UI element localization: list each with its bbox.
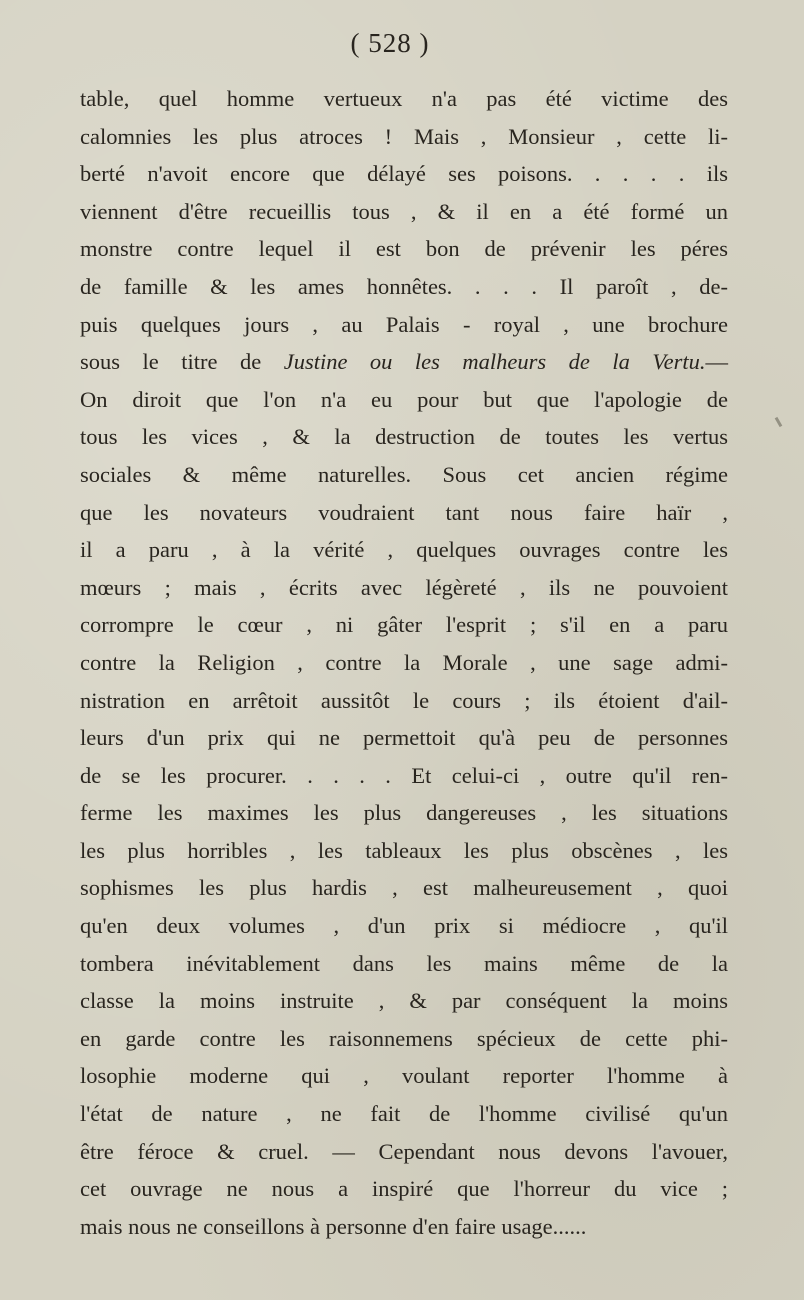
text-line: calomnies les plus atroces ! Mais , Mons… [80,118,728,156]
text-line: être féroce & cruel. — Cependant nous de… [80,1133,728,1171]
text-line: mœurs ; mais , écrits avec légèreté , il… [80,569,728,607]
text-line: qu'en deux volumes , d'un prix si médioc… [80,907,728,945]
text-line-final: mais nous ne conseillons à personne d'en… [80,1208,728,1246]
text-line: que les novateurs voudraient tant nous f… [80,494,728,532]
text-line: On diroit que l'on n'a eu pour but que l… [80,381,728,419]
book-title: Justine ou les malheurs de la Vertu. [284,349,706,374]
text-line: nistration en arrêtoit aussitôt le cours… [80,682,728,720]
text-line: table, quel homme vertueux n'a pas été v… [80,80,728,118]
text-line: l'état de nature , ne fait de l'homme ci… [80,1095,728,1133]
title-dash: — [706,349,729,374]
text-line-book-title: sous le titre de Justine ou les malheurs… [80,343,728,381]
text-line: tous les vices , & la destruction de tou… [80,418,728,456]
text-line: tombera inévitablement dans les mains mê… [80,945,728,983]
text-line: corrompre le cœur , ni gâter l'esprit ; … [80,606,728,644]
body-text: table, quel homme vertueux n'a pas été v… [80,80,728,1245]
paper-mark [775,417,783,427]
text-line: cet ouvrage ne nous a inspiré que l'horr… [80,1170,728,1208]
page-number: ( 528 ) [0,28,780,59]
text-line: en garde contre les raisonnemens spécieu… [80,1020,728,1058]
text-line: sociales & même naturelles. Sous cet anc… [80,456,728,494]
text-line: il a paru , à la vérité , quelques ouvra… [80,531,728,569]
text-line: ferme les maximes les plus dangereuses ,… [80,794,728,832]
text-line: viennent d'être recueillis tous , & il e… [80,193,728,231]
text-line: classe la moins instruite , & par conséq… [80,982,728,1020]
text-line: les plus horribles , les tableaux les pl… [80,832,728,870]
book-page: ( 528 ) table, quel homme vertueux n'a p… [0,0,804,1300]
text-line: berté n'avoit encore que délayé ses pois… [80,155,728,193]
text-line: losophie moderne qui , voulant reporter … [80,1057,728,1095]
text-line: monstre contre lequel il est bon de prév… [80,230,728,268]
text-line: contre la Religion , contre la Morale , … [80,644,728,682]
text-line: leurs d'un prix qui ne permettoit qu'à p… [80,719,728,757]
text-line: sophismes les plus hardis , est malheure… [80,869,728,907]
text-line: puis quelques jours , au Palais - royal … [80,306,728,344]
text-line: de se les procurer. . . . . Et celui-ci … [80,757,728,795]
text-line: de famille & les ames honnêtes. . . . Il… [80,268,728,306]
title-prefix: sous le titre de [80,349,284,374]
